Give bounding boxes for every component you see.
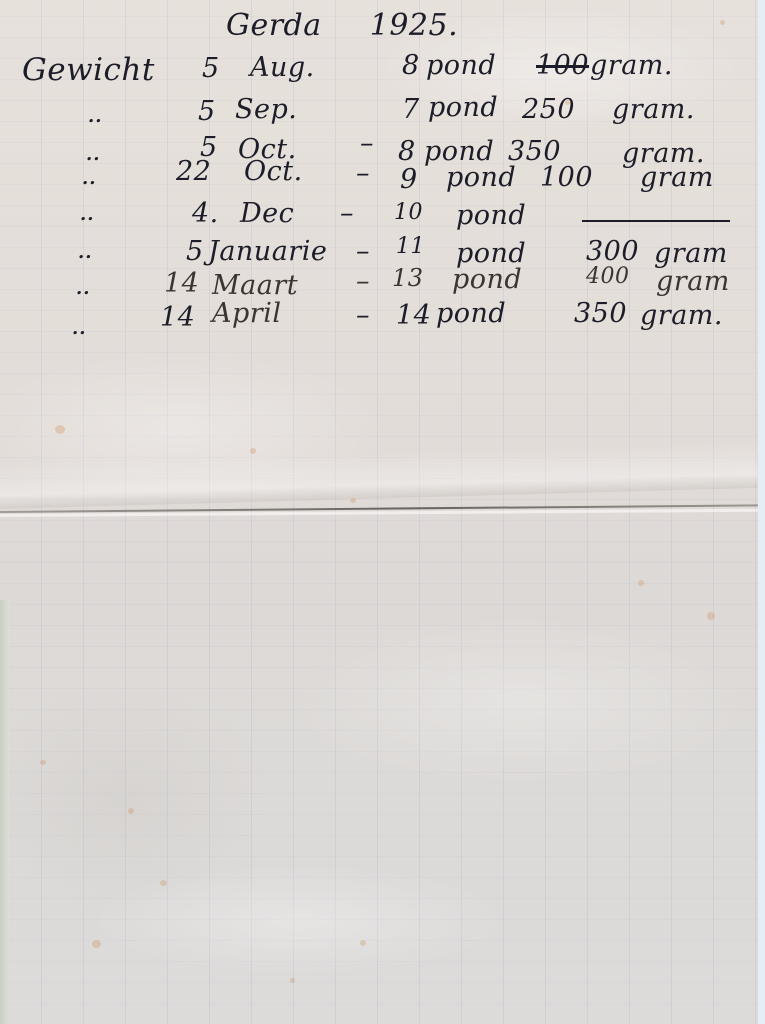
entry-pound-unit: pond [426,50,496,81]
torn-left-edge [0,600,9,1024]
stain [720,20,725,25]
entry-grams: 300 [586,236,639,267]
entry-grams: 250 [522,94,575,125]
entry-pound-unit: pond [452,264,522,295]
stain [55,425,65,434]
entry-day: 22 [176,156,211,187]
entry-grams-struck: 100 [536,50,589,81]
entry-dash: – [360,128,374,159]
paper-sheet: Gerda 1925. Gewicht 5 Aug. 8 pond 100 gr… [0,0,758,1024]
paper-fold [0,503,758,525]
entry-grams: 400 [586,264,630,289]
ditto-mark: .. [76,278,91,299]
ditto-mark: .. [78,242,93,263]
stain [92,940,101,948]
entry-pounds: 9 [400,164,418,195]
entry-day: 5 [202,53,220,84]
title-year: 1925. [370,8,458,43]
stain [290,978,295,983]
entry-gram-unit: gram. [590,50,673,81]
entry-day: 4. [192,198,219,229]
entry-pounds: 13 [392,264,424,292]
entry-month: Oct. [244,156,303,187]
entry-pound-unit: pond [446,162,516,193]
entry-pound-unit: pond [436,298,506,329]
blank-grams-line [582,220,730,222]
stain [40,760,46,765]
entry-grams: 350 [574,298,627,329]
entry-pounds: 8 [402,50,420,81]
ditto-mark: .. [80,204,95,225]
ditto-mark: .. [86,144,101,165]
ditto-mark: .. [72,318,87,339]
entry-gram-unit: gram [654,238,728,269]
entry-pounds: 7 [402,94,420,125]
entry-day: 14 [160,302,195,333]
entry-gram-unit: gram. [612,94,695,125]
stain [250,448,256,454]
entry-pounds: 14 [396,300,431,331]
entry-pound-unit: pond [456,200,526,231]
entry-month: April [212,298,281,329]
entry-grams: 100 [540,162,593,193]
weight-label: Gewicht [22,52,155,88]
entry-dash: – [340,198,354,229]
entry-gram-unit: gram [640,162,714,193]
title-name: Gerda [226,8,322,43]
entry-dash: – [356,300,370,331]
entry-day: 5 [186,236,204,267]
entry-pounds: 10 [394,200,423,225]
entry-day: 14 [164,268,199,299]
page-title: Gerda 1925. [226,8,458,43]
entry-dash: – [356,236,370,267]
entry-month: Maart [212,270,298,301]
entry-pounds: 11 [396,234,425,259]
stain [128,808,134,814]
entry-month: Aug. [250,52,315,83]
entry-dash: – [356,158,370,189]
stain [638,580,644,586]
stain [707,612,715,620]
entry-pounds: 8 [398,136,416,167]
stain [160,880,167,886]
entry-gram-unit: gram [656,266,730,297]
entry-pound-unit: pond [428,92,498,123]
entry-day: 5 [198,96,216,127]
entry-month: Januarie [208,236,327,267]
entry-gram-unit: gram. [640,300,723,331]
entry-month: Sep. [235,94,297,125]
entry-month: Dec [240,198,294,229]
ditto-mark: .. [88,106,103,127]
stain [360,940,366,946]
entry-dash: – [356,266,370,297]
ditto-mark: .. [82,168,97,189]
